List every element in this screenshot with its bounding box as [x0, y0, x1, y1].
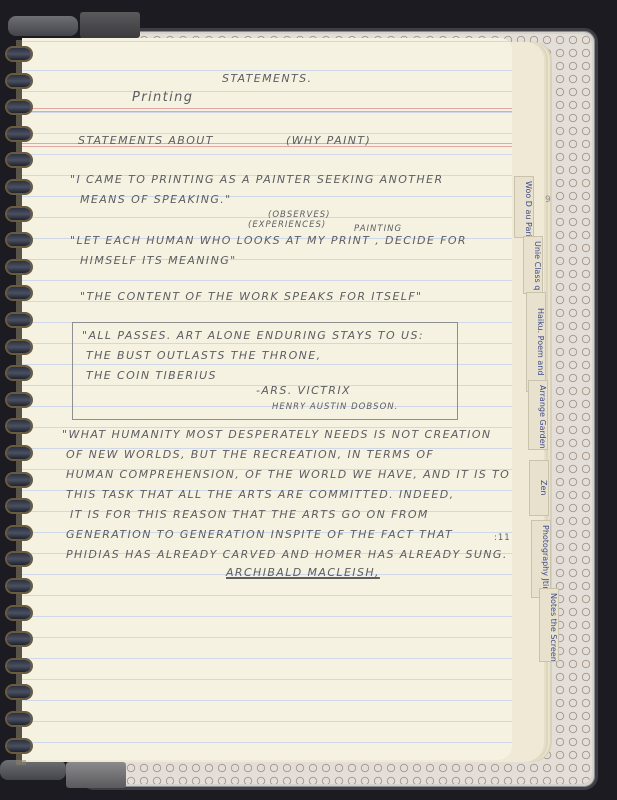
spiral-ring [7, 633, 31, 645]
spiral-ring [7, 154, 31, 166]
page-header: Statements. [222, 72, 312, 85]
insertion-observes: (observes) [268, 210, 330, 220]
binder-clip-top [8, 16, 78, 36]
boxed-quote-line: The coin Tiberius [86, 369, 217, 382]
spiral-ring [7, 208, 31, 220]
quote-3-line: "The content of the work speaks for itse… [80, 290, 423, 303]
spiral-ring [7, 500, 31, 512]
binder-hinge-bottom [66, 762, 126, 788]
quote-2-line: himself its meaning" [80, 254, 237, 267]
spiral-ring [7, 474, 31, 486]
spiral-ring [7, 580, 31, 592]
spiral-ring [7, 234, 31, 246]
spiral-ring [7, 341, 31, 353]
spiral-ring [7, 394, 31, 406]
tab-page-mark: 9 [545, 195, 551, 205]
quote-2-line: "Let each human who looks at my print , … [70, 234, 467, 247]
boxed-quote-author: Henry Austin Dobson. [272, 402, 398, 412]
long-quote-line: generation to generation inspite of the … [66, 528, 453, 541]
spiral-ring [7, 48, 31, 60]
spiral-ring [7, 607, 31, 619]
index-tab[interactable]: Woo D au Paris [514, 176, 534, 238]
subheading-circled: (why paint) [286, 134, 371, 147]
spiral-ring [7, 181, 31, 193]
spiral-ring [7, 261, 31, 273]
spiral-ring [7, 527, 31, 539]
long-quote-line: "What humanity most desperately needs is… [62, 428, 492, 441]
boxed-quote-line: "All passes. Art alone enduring stays to… [82, 329, 424, 342]
quote-1-line: means of speaking." [80, 193, 232, 206]
index-tab[interactable]: Arrange Gardens [528, 380, 548, 450]
boxed-quote-attribution: -Ars. Victrix [256, 384, 351, 397]
spiral-ring [7, 713, 31, 725]
spiral-ring [7, 75, 31, 87]
long-quote-author: Archibald MacLeish, [226, 566, 380, 579]
quote-1-line: "I came to printing as a painter seeking… [70, 173, 443, 186]
spiral-ring [7, 686, 31, 698]
insertion-experiences: (experiences) [248, 220, 326, 230]
long-quote-line: this task that all the arts are committe… [66, 488, 455, 501]
margin-mark: :11 [494, 533, 511, 543]
index-tab[interactable]: Notes the Screens [539, 588, 559, 662]
spiral-ring [7, 287, 31, 299]
subheading: Statements about [78, 134, 214, 147]
spiral-ring [7, 367, 31, 379]
section-title: Printing [132, 90, 193, 105]
spiral-ring [7, 553, 31, 565]
spiral-ring [7, 128, 31, 140]
long-quote-line: human comprehension, of the world we hav… [66, 468, 510, 481]
long-quote-line: it is for this reason that the arts go o… [70, 508, 429, 521]
binder-hinge-top [80, 12, 140, 38]
insertion-painting: painting [354, 224, 402, 234]
index-tab[interactable]: Unie Class q [523, 236, 543, 294]
spiral-ring [7, 660, 31, 672]
spiral-ring [7, 314, 31, 326]
spiral-ring [7, 740, 31, 752]
spiral-binding [0, 48, 40, 768]
boxed-quote-line: The bust outlasts the throne, [86, 349, 322, 362]
index-tab[interactable]: Zen [529, 460, 549, 516]
long-quote-line: of new worlds, but the recreation, in te… [66, 448, 434, 461]
long-quote-line: Phidias has already carved and Homer has… [66, 548, 508, 561]
index-tab[interactable]: Haiku. Poem and [526, 292, 546, 392]
spiral-ring [7, 420, 31, 432]
index-tab[interactable]: Photography Jting [531, 520, 551, 598]
spiral-ring [7, 101, 31, 113]
spiral-ring [7, 447, 31, 459]
